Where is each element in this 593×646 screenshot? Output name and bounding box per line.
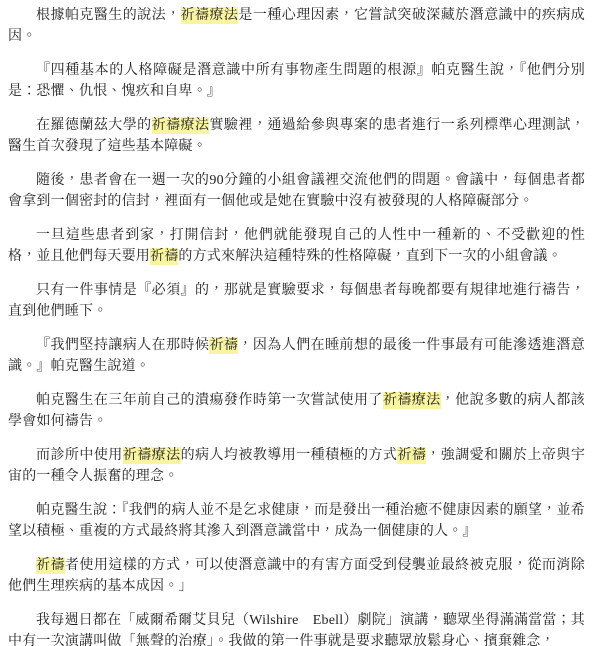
highlighted-term: 祈禱 bbox=[209, 337, 238, 354]
paragraph: 『四種基本的人格障礙是潛意識中所有事物產生問題的根源』帕克醫生說，『他們分別是：… bbox=[8, 60, 585, 102]
paragraph: 祈禱者使用這樣的方式，可以使潛意識中的有害方面受到侵襲並最終被克服，從而消除他們… bbox=[8, 555, 585, 597]
paragraph: 『我們堅持讓病人在那時候祈禱，因為人們在睡前想的最後一件事最有可能滲透進潛意識。… bbox=[8, 335, 585, 377]
text-segment: 帕克醫生說：『我們的病人並不是乞求健康，而是發出一種治癒不健康因素的願望，並希望… bbox=[8, 503, 585, 539]
paragraph: 一旦這些患者到家，打開信封，他們就能發現自己的人性中一種新的、不受歡迎的性格，並… bbox=[8, 225, 585, 267]
text-segment: 而診所中使用 bbox=[36, 448, 123, 463]
highlighted-term: 祈禱 bbox=[397, 447, 426, 464]
paragraph: 帕克醫生說：『我們的病人並不是乞求健康，而是發出一種治癒不健康因素的願望，並希望… bbox=[8, 500, 585, 542]
document-page: { "page": { "background": "#ffffff", "te… bbox=[0, 0, 593, 646]
text-segment: 的病人均被教導用一種積極的方式 bbox=[181, 448, 398, 463]
paragraph: 只有一件事情是『必須』的，那就是實驗要求，每個患者每晚都要有規律地進行禱告，直到… bbox=[8, 280, 585, 322]
text-segment: 只有一件事情是『必須』的，那就是實驗要求，每個患者每晚都要有規律地進行禱告，直到… bbox=[8, 283, 585, 319]
page-background: 根據帕克醫生的說法，祈禱療法是一種心理因素，它嘗試突破深藏於潛意識中的疾病成因。… bbox=[0, 0, 593, 646]
highlighted-term: 祈禱療法 bbox=[181, 7, 239, 24]
paragraph: 而診所中使用祈禱療法的病人均被教導用一種積極的方式祈禱，強調愛和關於上帝與宇宙的… bbox=[8, 445, 585, 487]
paragraph: 隨後，患者會在一週一次的90分鐘的小組會議裡交流他們的問題。會議中，每個患者都會… bbox=[8, 170, 585, 212]
paragraph: 我每週日都在「威爾希爾艾貝兒（Wilshire Ebell）劇院」演講，聽眾坐得… bbox=[8, 610, 585, 646]
paragraph: 帕克醫生在三年前自己的潰瘍發作時第一次嘗試使用了祈禱療法，他說多數的病人都該學會… bbox=[8, 390, 585, 432]
highlighted-term: 祈禱療法 bbox=[123, 447, 181, 464]
text-segment: 『四種基本的人格障礙是潛意識中所有事物產生問題的根源』帕克醫生說，『他們分別是：… bbox=[8, 63, 585, 99]
text-segment: 者使用這樣的方式，可以使潛意識中的有害方面受到侵襲並最終被克服，從而消除他們生理… bbox=[8, 558, 585, 594]
text-segment: 帕克醫生在三年前自己的潰瘍發作時第一次嘗試使用了 bbox=[36, 393, 383, 408]
paragraph: 在羅德蘭茲大學的祈禱療法實驗裡，通過給參與專案的患者進行一系列標準心理測試，醫生… bbox=[8, 115, 585, 157]
highlighted-term: 祈禱療法 bbox=[152, 117, 210, 134]
text-segment: 我每週日都在「威爾希爾艾貝兒（Wilshire Ebell）劇院」演講，聽眾坐得… bbox=[8, 613, 585, 646]
paragraph: 根據帕克醫生的說法，祈禱療法是一種心理因素，它嘗試突破深藏於潛意識中的疾病成因。 bbox=[8, 5, 585, 47]
article-text: 根據帕克醫生的說法，祈禱療法是一種心理因素，它嘗試突破深藏於潛意識中的疾病成因。… bbox=[8, 5, 585, 646]
text-segment: 的方式來解決這種特殊的性格障礙，直到下一次的小組會議。 bbox=[178, 249, 561, 264]
text-segment: 根據帕克醫生的說法， bbox=[36, 8, 181, 23]
text-segment: 在羅德蘭茲大學的 bbox=[36, 118, 152, 133]
highlighted-term: 祈禱 bbox=[36, 557, 65, 574]
text-segment: 『我們堅持讓病人在那時候 bbox=[36, 338, 209, 353]
highlighted-term: 祈禱 bbox=[150, 248, 178, 265]
text-segment: 隨後，患者會在一週一次的90分鐘的小組會議裡交流他們的問題。會議中，每個患者都會… bbox=[8, 173, 585, 209]
highlighted-term: 祈禱療法 bbox=[383, 392, 441, 409]
